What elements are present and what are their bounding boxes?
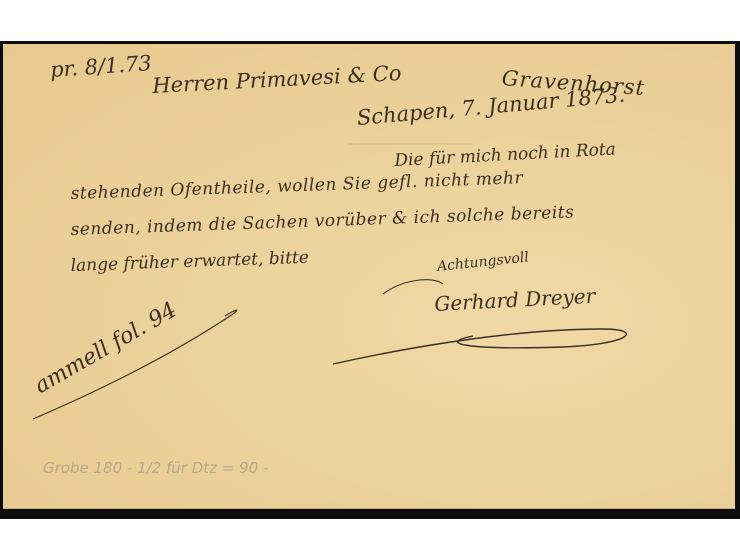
pencil-note: Grobe 180 - 1/2 für Dtz = 90 - xyxy=(43,459,268,477)
postcard-paper: pr. 8/1.73 Herren Primavesi & Co Gravenh… xyxy=(3,44,735,509)
postcard: pr. 8/1.73 Herren Primavesi & Co Gravenh… xyxy=(0,41,740,519)
